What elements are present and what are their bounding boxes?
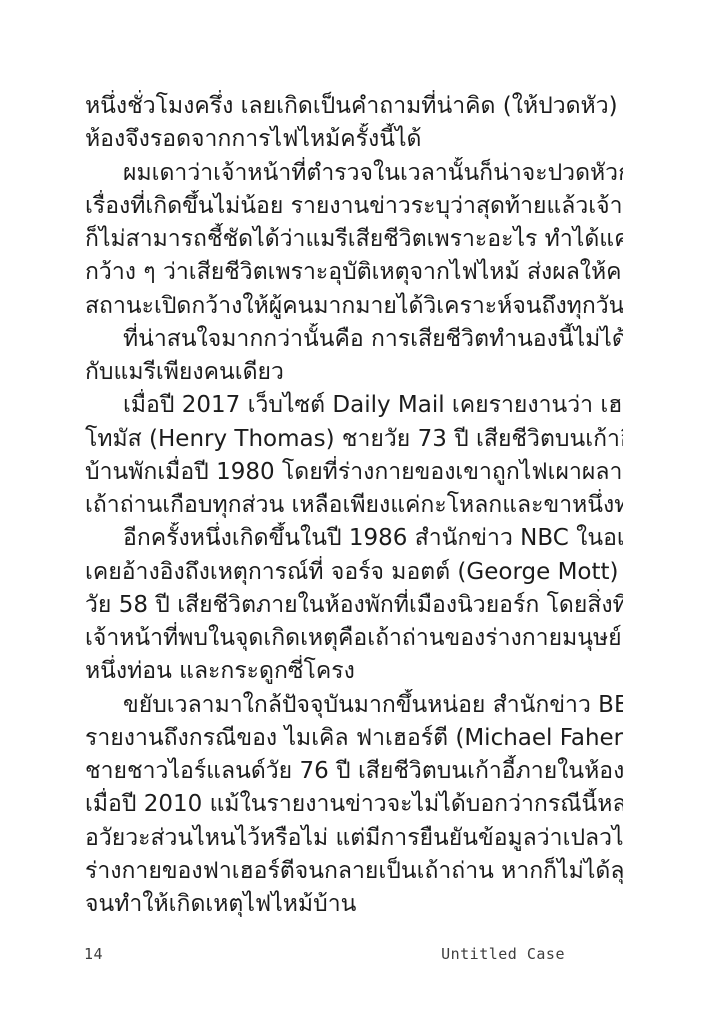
book-page: หนึ่งชั่วโมงครึ่ง เลยเกิดเป็นคำถามที่น่า… <box>0 0 711 1024</box>
text-line: ก็ไม่สามารถชี้ชัดได้ว่าแมรีเสียชีวิตเพรา… <box>85 223 623 256</box>
page-body: หนึ่งชั่วโมงครึ่ง เลยเกิดเป็นคำถามที่น่า… <box>85 90 623 921</box>
text-line: บ้านพักเมื่อปี 1980 โดยที่ร่างกายของเขาถ… <box>85 456 623 489</box>
text-line: ชายชาวไอร์แลนด์วัย 76 ปี เสียชีวิตบนเก้า… <box>85 755 623 788</box>
text-line: กับแมรีเพียงคนเดียว <box>85 356 623 389</box>
text-line: เมื่อปี 2010 แม้ในรายงานข่าวจะไม่ได้บอกว… <box>85 788 623 821</box>
text-line: อีกครั้งหนึ่งเกิดขึ้นในปี 1986 สำนักข่าว… <box>85 522 623 555</box>
text-line: เรื่องที่เกิดขึ้นไม่น้อย รายงานข่าวระบุว… <box>85 190 623 223</box>
text-line: รายงานถึงกรณีของ ไมเคิล ฟาเฮอร์ตี (Micha… <box>85 722 623 755</box>
text-line: เถ้าถ่านเกือบทุกส่วน เหลือเพียงแค่กะโหลก… <box>85 489 623 522</box>
footer-running-title: Untitled Case <box>441 944 565 964</box>
text-line: เจ้าหน้าที่พบในจุดเกิดเหตุคือเถ้าถ่านของ… <box>85 622 623 655</box>
text-line: กว้าง ๆ ว่าเสียชีวิตเพราะอุบัติเหตุจากไฟ… <box>85 256 623 289</box>
text-line: เคยอ้างอิงถึงเหตุการณ์ที่ จอร์จ มอตต์ (G… <box>85 556 623 589</box>
text-line: ร่างกายของฟาเฮอร์ตีจนกลายเป็นเถ้าถ่าน หา… <box>85 855 623 888</box>
text-line: เมื่อปี 2017 เว็บไซต์ Daily Mail เคยรายง… <box>85 389 623 422</box>
text-line: โทมัส (Henry Thomas) ชายวัย 73 ปี เสียชี… <box>85 423 623 456</box>
text-line: จนทำให้เกิดเหตุไฟไหม้บ้าน <box>85 888 623 921</box>
text-line: ขยับเวลามาใกล้ปัจจุบันมากขึ้นหน่อย สำนัก… <box>85 689 623 722</box>
footer-page-number: 14 <box>84 944 103 964</box>
text-line: สถานะเปิดกว้างให้ผู้คนมากมายได้วิเคราะห์… <box>85 290 623 323</box>
text-line: ผมเดาว่าเจ้าหน้าที่ตำรวจในเวลานั้นก็น่าจ… <box>85 157 623 190</box>
text-line: วัย 58 ปี เสียชีวิตภายในห้องพักที่เมืองน… <box>85 589 623 622</box>
text-line: หนึ่งชั่วโมงครึ่ง เลยเกิดเป็นคำถามที่น่า… <box>85 90 623 123</box>
text-line: ที่น่าสนใจมากกว่านั้นคือ การเสียชีวิตทำน… <box>85 323 623 356</box>
text-line: อวัยวะส่วนไหนไว้หรือไม่ แต่มีการยืนยันข้… <box>85 822 623 855</box>
text-line: หนึ่งท่อน และกระดูกซี่โครง <box>85 655 623 688</box>
text-line: ห้องจึงรอดจากการไฟไหม้ครั้งนี้ได้ <box>85 123 623 156</box>
